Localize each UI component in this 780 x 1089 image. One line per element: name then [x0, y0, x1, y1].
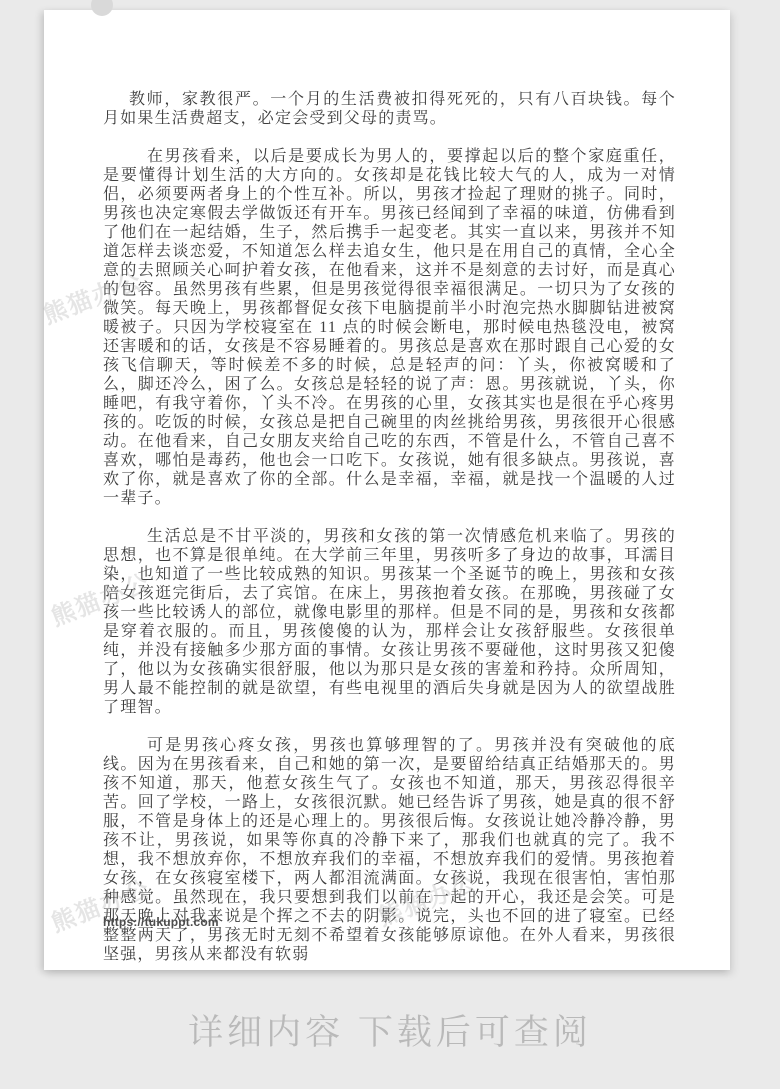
source-url-text: https://tukuppt.com: [103, 915, 219, 929]
paragraph-1: 教师，家教很严。一个月的生活费被扣得死死的，只有八百块钱。每个月如果生活费超支，…: [103, 90, 676, 128]
page-top-decoration: [91, 0, 113, 16]
paragraph-4: 可是男孩心疼女孩，男孩也算够理智的了。男孩并没有突破他的底线。因为在男孩看来，自…: [103, 736, 676, 964]
preview-footer-notice: 详细内容 下载后可查阅: [0, 1008, 780, 1058]
document-page: 教师，家教很严。一个月的生活费被扣得死死的，只有八百块钱。每个月如果生活费超支，…: [44, 10, 730, 970]
paragraph-3: 生活总是不甘平淡的，男孩和女孩的第一次情感危机来临了。男孩的思想，也不算是很单纯…: [103, 527, 676, 717]
paragraph-2: 在男孩看来，以后是要成长为男人的，要撑起以后的整个家庭重任，是要懂得计划生活的大…: [103, 147, 676, 508]
document-body: 教师，家教很严。一个月的生活费被扣得死死的，只有八百块钱。每个月如果生活费超支，…: [103, 90, 676, 983]
